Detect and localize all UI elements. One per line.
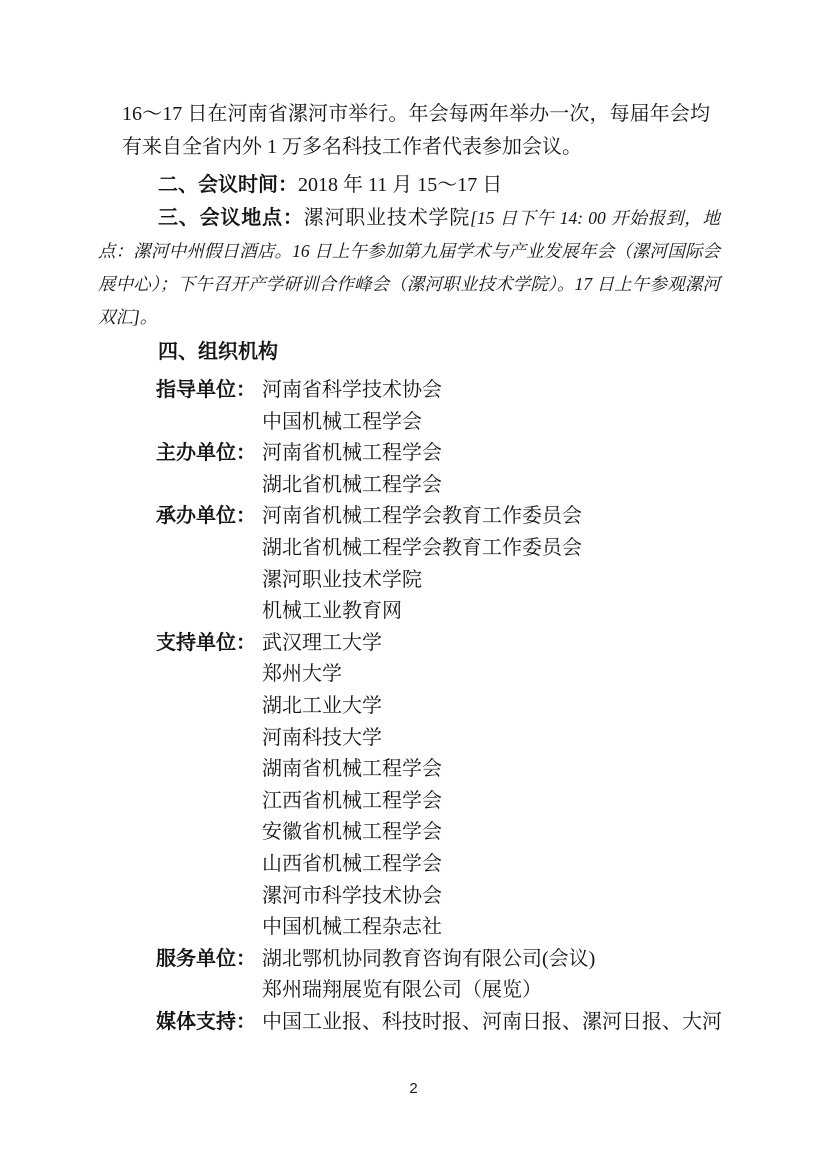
org-name: 湖北鄂机协同教育咨询有限公司(会议) (262, 944, 710, 976)
org-role: 媒体支持： (156, 1007, 262, 1039)
organization-heading: 四、组织机构 (158, 341, 278, 363)
org-group-guidance: 指导单位： 河南省科学技术协会 中国机械工程学会 (156, 375, 710, 438)
org-name: 山西省机械工程学会 (262, 849, 710, 881)
org-group-service: 服务单位： 湖北鄂机协同教育咨询有限公司(会议) 郑州瑞翔展览有限公司（展览） (156, 944, 710, 1007)
organization-list: 指导单位： 河南省科学技术协会 中国机械工程学会 主办单位： 河南省机械工程学会… (156, 375, 710, 1038)
org-name: 郑州大学 (262, 659, 710, 691)
org-name: 河南省机械工程学会教育工作委员会 (262, 501, 710, 533)
org-names: 河南省机械工程学会 湖北省机械工程学会 (262, 438, 710, 501)
org-name: 河南省科学技术协会 (262, 375, 710, 407)
meeting-venue-label: 三、会议地点： (158, 207, 304, 229)
org-role: 支持单位： (156, 628, 262, 660)
org-names: 中国工业报、科技时报、河南日报、漯河日报、大河 (262, 1007, 710, 1039)
org-name: 湖北省机械工程学会 (262, 470, 710, 502)
meeting-time-label: 二、会议时间： (158, 174, 298, 196)
org-group-host: 主办单位： 河南省机械工程学会 湖北省机械工程学会 (156, 438, 710, 501)
page-number: 2 (0, 1080, 827, 1097)
org-name: 武汉理工大学 (262, 628, 710, 660)
org-names: 湖北鄂机协同教育咨询有限公司(会议) 郑州瑞翔展览有限公司（展览） (262, 944, 710, 1007)
org-name: 中国机械工程杂志社 (262, 912, 710, 944)
section-organization-heading: 四、组织机构 (122, 336, 710, 369)
org-group-media: 媒体支持： 中国工业报、科技时报、河南日报、漯河日报、大河 (156, 1007, 710, 1039)
org-name: 漯河职业技术学院 (262, 565, 710, 597)
org-role: 指导单位： (156, 375, 262, 407)
org-name: 湖北工业大学 (262, 691, 710, 723)
meeting-venue-value: 漯河职业技术学院 (304, 207, 470, 229)
section-meeting-time: 二、会议时间：2018 年 11 月 15～17 日 (122, 169, 710, 202)
org-role: 服务单位： (156, 944, 262, 976)
org-name: 漯河市科学技术协会 (262, 881, 710, 913)
section-meeting-venue: 三、会议地点：漯河职业技术学院[15 日下午 14: 00 开始报到，地点：漯河… (98, 202, 720, 334)
org-name: 郑州瑞翔展览有限公司（展览） (262, 975, 710, 1007)
meeting-time-value: 2018 年 11 月 15～17 日 (298, 174, 502, 196)
org-group-support: 支持单位： 武汉理工大学 郑州大学 湖北工业大学 河南科技大学 湖南省机械工程学… (156, 628, 710, 944)
org-name: 湖北省机械工程学会教育工作委员会 (262, 533, 710, 565)
org-name: 中国机械工程学会 (262, 407, 710, 439)
org-role: 承办单位： (156, 501, 262, 533)
org-names: 武汉理工大学 郑州大学 湖北工业大学 河南科技大学 湖南省机械工程学会 江西省机… (262, 628, 710, 944)
document-page: 16～17 日在河南省漯河市举行。年会每两年举办一次，每届年会均有来自全省内外 … (0, 0, 827, 1169)
org-name: 江西省机械工程学会 (262, 786, 710, 818)
org-role: 主办单位： (156, 438, 262, 470)
org-names: 河南省机械工程学会教育工作委员会 湖北省机械工程学会教育工作委员会 漯河职业技术… (262, 501, 710, 627)
org-name: 安徽省机械工程学会 (262, 817, 710, 849)
org-name: 河南省机械工程学会 (262, 438, 710, 470)
org-name: 机械工业教育网 (262, 596, 710, 628)
org-name: 河南科技大学 (262, 723, 710, 755)
org-name: 中国工业报、科技时报、河南日报、漯河日报、大河 (262, 1007, 710, 1039)
intro-paragraph: 16～17 日在河南省漯河市举行。年会每两年举办一次，每届年会均有来自全省内外 … (122, 98, 710, 164)
org-names: 河南省科学技术协会 中国机械工程学会 (262, 375, 710, 438)
org-name: 湖南省机械工程学会 (262, 754, 710, 786)
org-group-organizer: 承办单位： 河南省机械工程学会教育工作委员会 湖北省机械工程学会教育工作委员会 … (156, 501, 710, 627)
